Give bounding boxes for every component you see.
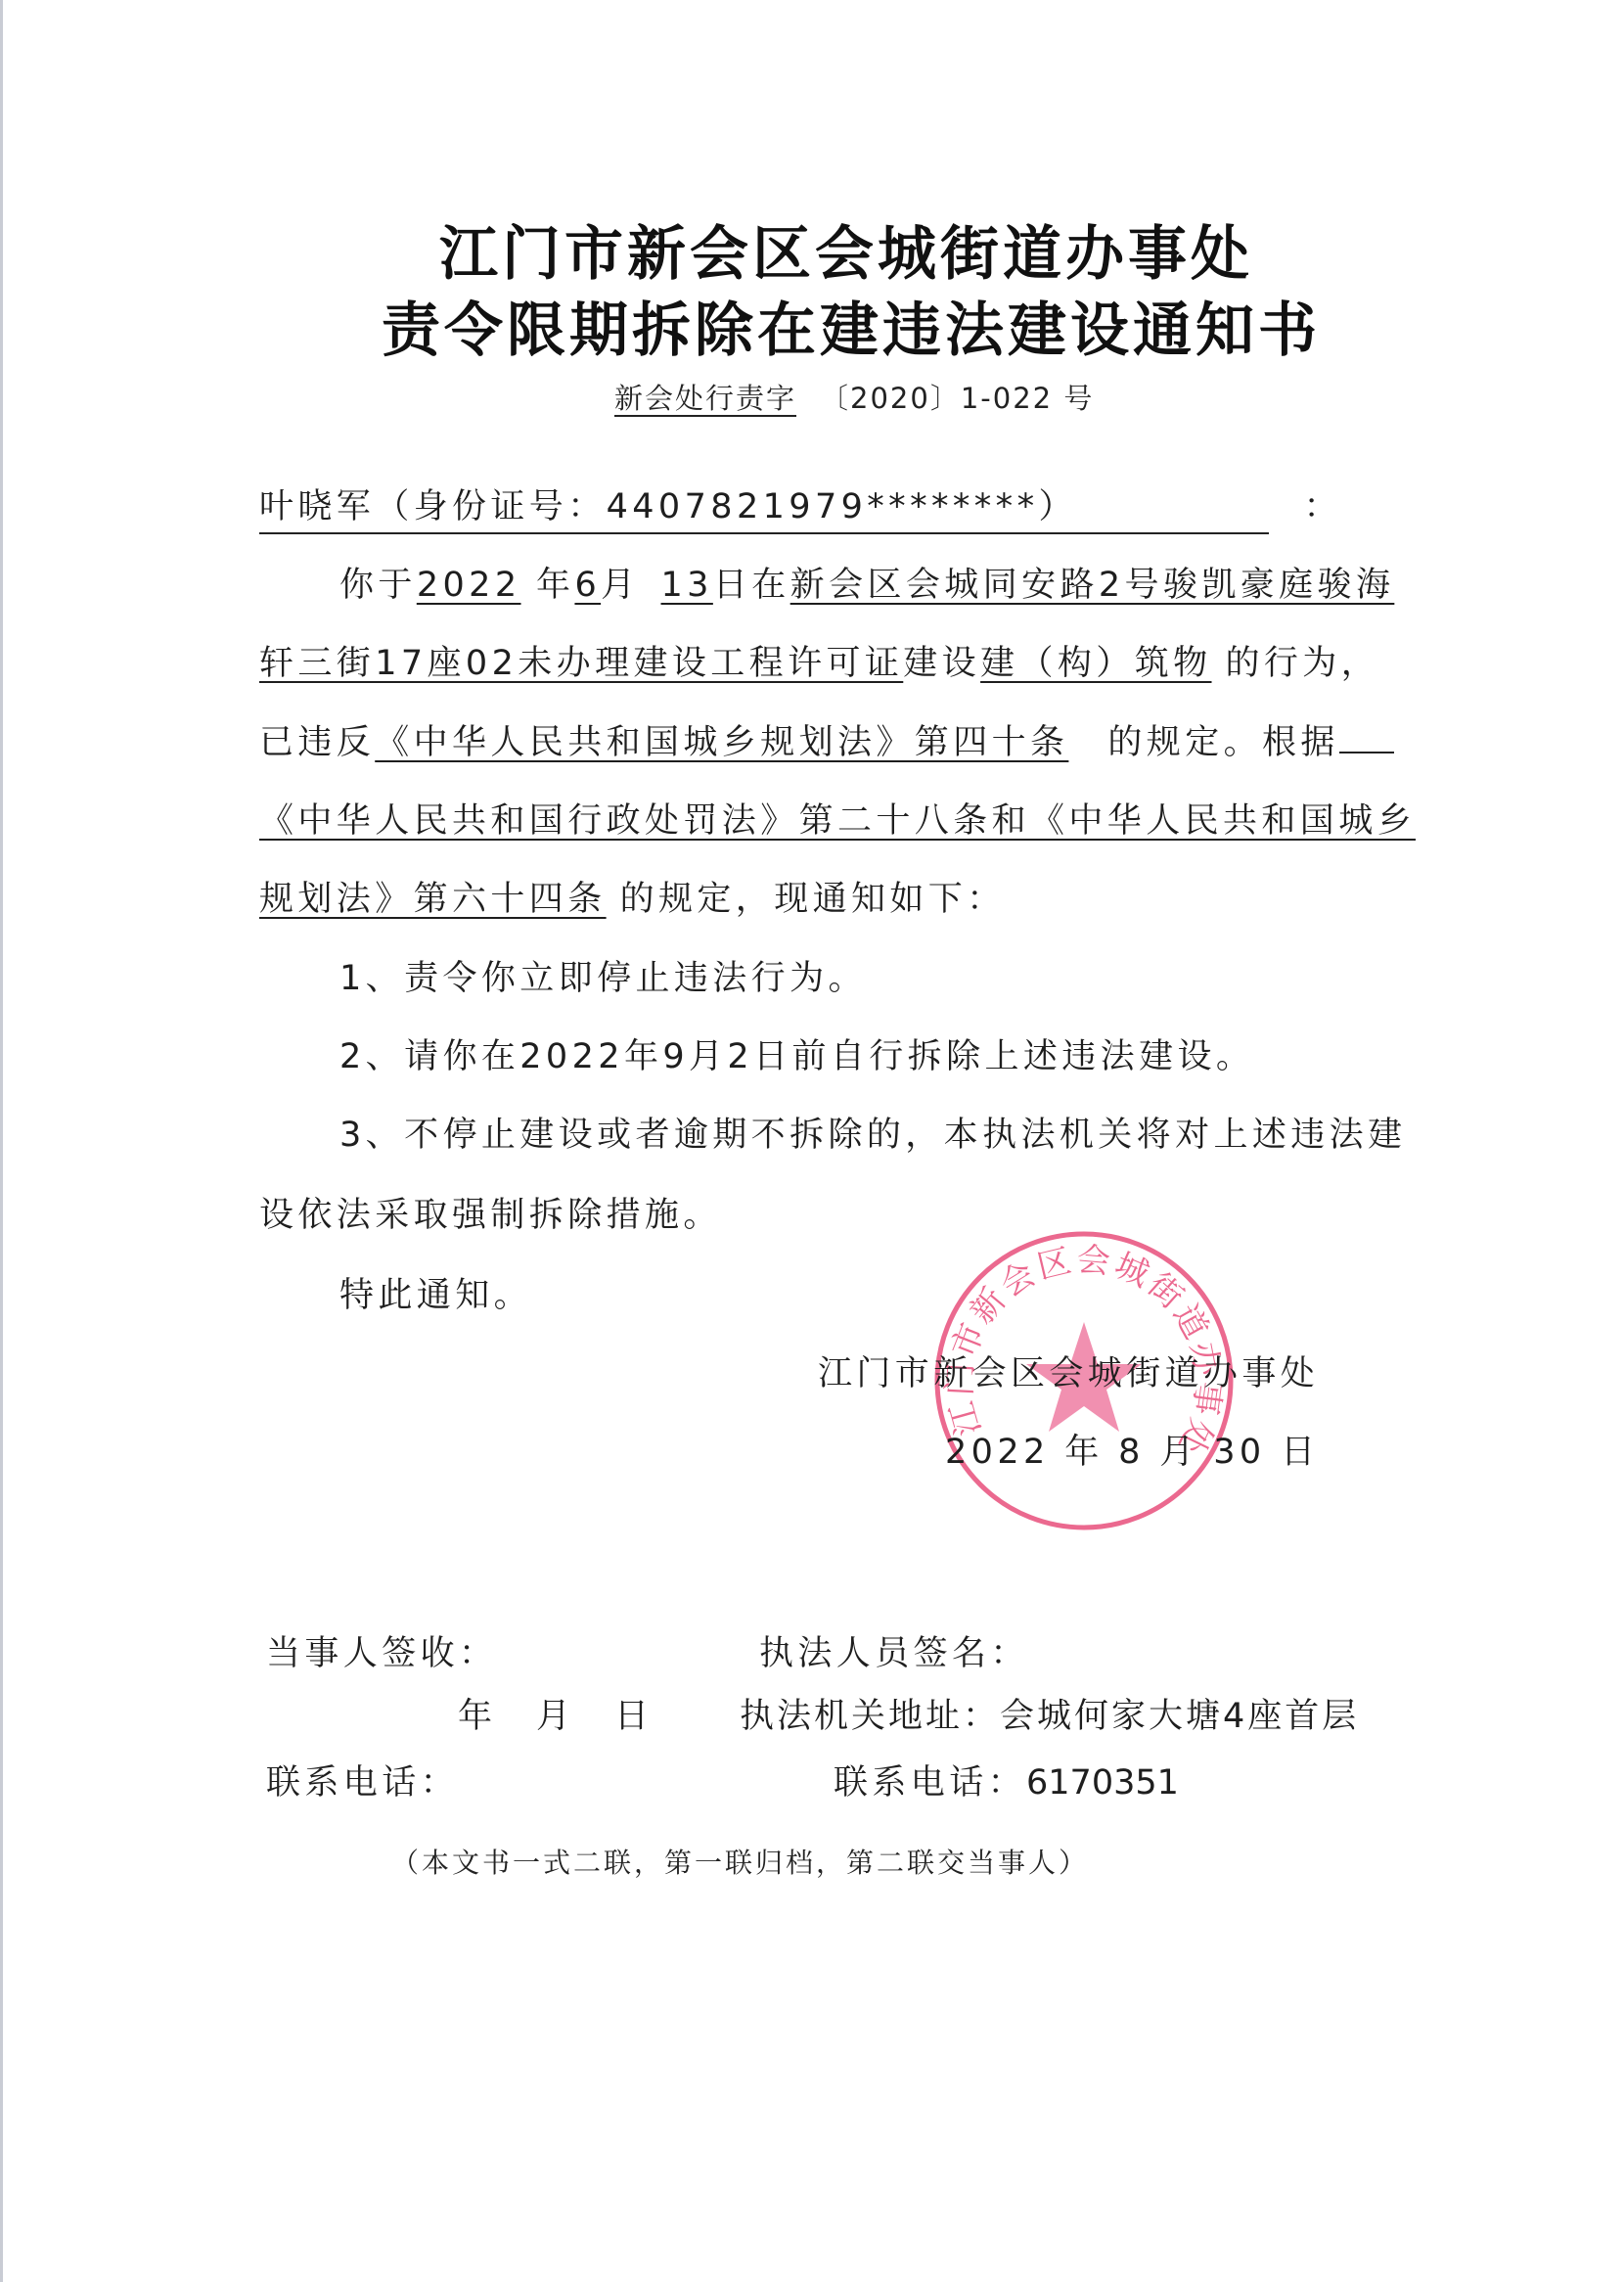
- legal-basis-a: 《中华人民共和国行政处罚法》第二十八条和《中华人民共和国城乡: [259, 801, 1416, 841]
- violated-law: 《中华人民共和国城乡规划法》第四十条: [375, 723, 1107, 762]
- doc-number-serial: 1-022: [961, 382, 1053, 415]
- violation-location-b: 轩三街17座02未办理建设工程许可证: [259, 644, 903, 683]
- document-number: 新会处行责字〔2020〕1-022 号: [601, 377, 1094, 417]
- order-item-3-continued: 设依法采取强制拆除措施。: [259, 1188, 722, 1237]
- violation-location-a: 新会区会城同安路2号骏凯豪庭骏海: [790, 566, 1395, 605]
- blank-underline: [1339, 722, 1394, 753]
- order-item-3: 3、不停止建设或者逾期不拆除的，本执法机关将对上述违法建: [339, 1108, 1406, 1157]
- document-page: 江门市新会区会城街道办事处 责令限期拆除在建违法建设通知书 新会处行责字〔202…: [0, 0, 1624, 2282]
- officer-signature-label: 执法人员签名：: [759, 1626, 1029, 1675]
- issuer-name: 江门市新会区会城街道办事处: [818, 1346, 1319, 1395]
- doc-number-prefix: 新会处行责字: [601, 382, 820, 415]
- violation-year: 2022: [417, 566, 521, 605]
- text: 的行为，: [1226, 644, 1380, 683]
- issue-date: 2022 年 8 月 30 日: [945, 1425, 1320, 1474]
- text: 年: [536, 566, 574, 605]
- doc-number-suffix: 号: [1063, 382, 1094, 415]
- text: 已违反: [259, 723, 375, 762]
- agency-phone-number: 6170351: [1026, 1763, 1179, 1803]
- title-line-1: 江门市新会区会城街道办事处: [439, 207, 1253, 292]
- legal-basis-b: 规划法》第六十四条: [259, 880, 620, 919]
- violation-day: 13: [640, 566, 713, 605]
- recipient-line: 叶晓军（身份证号：4407821979********） ：: [259, 479, 1342, 534]
- agency-phone: 联系电话：6170351: [834, 1756, 1179, 1804]
- text: 的规定，现通知如下：: [620, 880, 1006, 919]
- text: 建设: [903, 644, 980, 683]
- paragraph-line-1: 你于2022 年6月13日在新会区会城同安路2号骏凯豪庭骏海: [339, 558, 1394, 607]
- party-sign-date-month: 月: [536, 1689, 574, 1738]
- recipient-name-id: 叶晓军（身份证号：4407821979********）: [259, 479, 1269, 534]
- text: 月: [601, 566, 639, 605]
- scan-edge: [0, 0, 3, 2282]
- paragraph-line-2: 轩三街17座02未办理建设工程许可证建设建（构）筑物的行为，: [259, 636, 1379, 685]
- title-line-2: 责令限期拆除在建违法建设通知书: [382, 284, 1321, 368]
- order-item-1: 1、责令你立即停止违法行为。: [339, 951, 867, 1000]
- doc-number-year: 〔2020〕: [820, 382, 961, 415]
- footnote: （本文书一式二联，第一联归档，第二联交当事人）: [391, 1842, 1089, 1881]
- agency-phone-label: 联系电话：: [834, 1763, 1026, 1803]
- text: 日在: [713, 566, 790, 605]
- paragraph-line-5: 规划法》第六十四条的规定，现通知如下：: [259, 872, 1006, 921]
- party-signature-label: 当事人签收：: [266, 1626, 497, 1675]
- party-sign-date-day: 日: [614, 1689, 653, 1738]
- agency-address: 执法机关地址：会城何家大塘4座首层: [740, 1689, 1359, 1738]
- text: 的规定。根据: [1107, 723, 1338, 762]
- paragraph-line-3: 已违反《中华人民共和国城乡规划法》第四十条的规定。根据: [259, 715, 1394, 764]
- order-item-2: 2、请你在2022年9月2日前自行拆除上述违法建设。: [339, 1029, 1254, 1078]
- violation-month: 6: [574, 566, 601, 605]
- recipient-colon: ：: [1304, 487, 1342, 526]
- paragraph-line-4: 《中华人民共和国行政处罚法》第二十八条和《中华人民共和国城乡: [259, 794, 1416, 843]
- party-sign-date-year: 年: [458, 1689, 496, 1738]
- violation-object: 建（构）筑物: [980, 644, 1225, 683]
- text: 你于: [339, 566, 417, 605]
- closing-text: 特此通知。: [339, 1268, 532, 1317]
- party-phone-label: 联系电话：: [266, 1756, 459, 1804]
